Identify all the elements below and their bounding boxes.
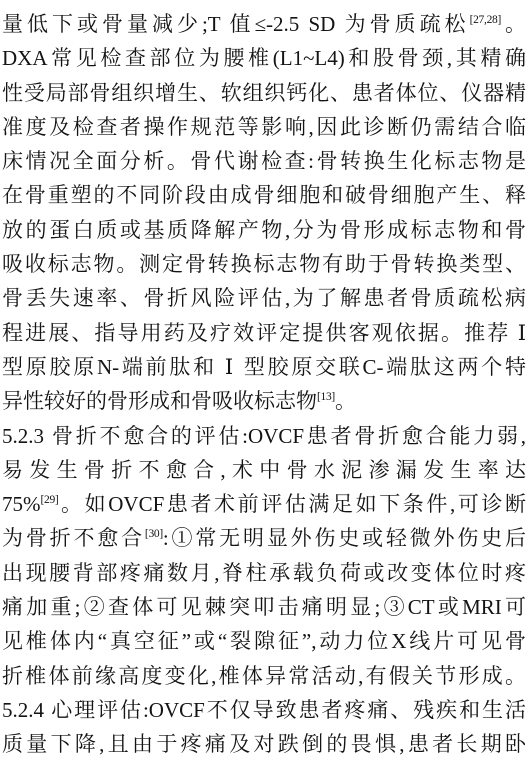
text-line: 放的蛋白质或基质降解产物,分为骨形成标志物和骨 <box>2 213 526 247</box>
text-line: 出现腰背部疼痛数月,脊柱承载负荷或改变体位时疼 <box>2 556 526 590</box>
text-column: 量低下或骨量减少;T 值≤-2.5 SD 为骨质疏松[27,28]。DXA常见检… <box>2 7 526 762</box>
citation-ref: [27,28] <box>470 14 501 26</box>
text-run: 易发生骨折不愈合,术中骨水泥渗漏发生率达 <box>2 458 526 482</box>
text-line: 准度及检查者操作规范等影响,因此诊断仍需结合临 <box>2 110 526 144</box>
text-run: 骨丢失速率、骨折风险评估,为了解患者骨质疏松病 <box>2 286 526 310</box>
text-line: 质量下降,且由于疼痛及对跌倒的畏惧,患者长期卧 <box>2 727 526 761</box>
text-run: 。 <box>501 12 526 36</box>
text-line: 骨丢失速率、骨折风险评估,为了解患者骨质疏松病 <box>2 281 526 315</box>
text-run: 5.2.4 心理评估:OVCF不仅导致患者疼痛、残疾和生活 <box>2 698 526 722</box>
text-run: 出现腰背部疼痛数月,脊柱承载负荷或改变体位时疼 <box>2 561 526 585</box>
paper-page: 量低下或骨量减少;T 值≤-2.5 SD 为骨质疏松[27,28]。DXA常见检… <box>0 0 528 762</box>
text-run: 床情况全面分析。骨代谢检查:骨转换生化标志物是 <box>2 149 526 173</box>
text-line: 5.2.3 骨折不愈合的评估:OVCF患者骨折愈合能力弱, <box>2 419 526 453</box>
text-run: 性受局部骨组织增生、软组织钙化、患者体位、仪器精 <box>2 81 526 105</box>
text-line: 型原胶原N-端前肽和 Ⅰ 型胶原交联C-端肽这两个特 <box>2 350 526 384</box>
text-line: 量低下或骨量减少;T 值≤-2.5 SD 为骨质疏松[27,28]。 <box>2 7 526 41</box>
text-run: 见椎体内“真空征”或“裂隙征”,动力位X线片可见骨 <box>2 629 526 653</box>
text-line: 性受局部骨组织增生、软组织钙化、患者体位、仪器精 <box>2 76 526 110</box>
citation-ref: [29] <box>41 494 59 506</box>
text-run: 异性较好的骨形成和骨吸收标志物 <box>2 389 317 413</box>
text-run: :①常无明显外伤史或轻微外伤史后 <box>163 526 526 550</box>
text-run: 5.2.3 骨折不愈合的评估:OVCF患者骨折愈合能力弱, <box>2 424 526 448</box>
text-run: 痛加重;②查体可见棘突叩击痛明显;③CT或MRI可 <box>2 595 526 619</box>
text-run: 质量下降,且由于疼痛及对跌倒的畏惧,患者长期卧 <box>2 732 526 756</box>
text-run: DXA常见检查部位为腰椎(L1~L4)和股骨颈,其精确 <box>2 46 526 70</box>
text-run: 量低下或骨量减少;T 值≤-2.5 SD 为骨质疏松 <box>2 12 470 36</box>
text-line: 75%[29]。如OVCF患者术前评估满足如下条件,可诊断 <box>2 487 526 521</box>
text-run: 放的蛋白质或基质降解产物,分为骨形成标志物和骨 <box>2 218 526 242</box>
text-line: 为骨折不愈合[30]:①常无明显外伤史或轻微外伤史后 <box>2 521 526 555</box>
text-run: 。如OVCF患者术前评估满足如下条件,可诊断 <box>58 492 526 516</box>
citation-ref: [13] <box>317 391 335 403</box>
text-run: 75% <box>2 492 41 516</box>
text-run: 。 <box>335 389 356 413</box>
text-run: 在骨重塑的不同阶段由成骨细胞和破骨细胞产生、释 <box>2 183 526 207</box>
text-run: 程进展、指导用药及疗效评定提供客观依据。推荐 Ⅰ <box>2 321 526 345</box>
text-run: 为骨折不愈合 <box>2 526 145 550</box>
text-line: 痛加重;②查体可见棘突叩击痛明显;③CT或MRI可 <box>2 590 526 624</box>
text-run: 准度及检查者操作规范等影响,因此诊断仍需结合临 <box>2 115 526 139</box>
text-line: 异性较好的骨形成和骨吸收标志物[13]。 <box>2 384 526 418</box>
text-run: 折椎体前缘高度变化,椎体异常活动,有假关节形成。 <box>2 664 526 688</box>
citation-ref: [30] <box>145 528 163 540</box>
text-line: 程进展、指导用药及疗效评定提供客观依据。推荐 Ⅰ <box>2 316 526 350</box>
text-line: DXA常见检查部位为腰椎(L1~L4)和股骨颈,其精确 <box>2 41 526 75</box>
text-line: 床情况全面分析。骨代谢检查:骨转换生化标志物是 <box>2 144 526 178</box>
text-line: 见椎体内“真空征”或“裂隙征”,动力位X线片可见骨 <box>2 624 526 658</box>
text-line: 吸收标志物。测定骨转换标志物有助于骨转换类型、 <box>2 247 526 281</box>
text-run: 吸收标志物。测定骨转换标志物有助于骨转换类型、 <box>2 252 526 276</box>
text-line: 易发生骨折不愈合,术中骨水泥渗漏发生率达 <box>2 453 526 487</box>
text-line: 折椎体前缘高度变化,椎体异常活动,有假关节形成。 <box>2 659 526 693</box>
text-run: 型原胶原N-端前肽和 Ⅰ 型胶原交联C-端肽这两个特 <box>2 355 526 379</box>
text-line: 5.2.4 心理评估:OVCF不仅导致患者疼痛、残疾和生活 <box>2 693 526 727</box>
text-line: 在骨重塑的不同阶段由成骨细胞和破骨细胞产生、释 <box>2 178 526 212</box>
